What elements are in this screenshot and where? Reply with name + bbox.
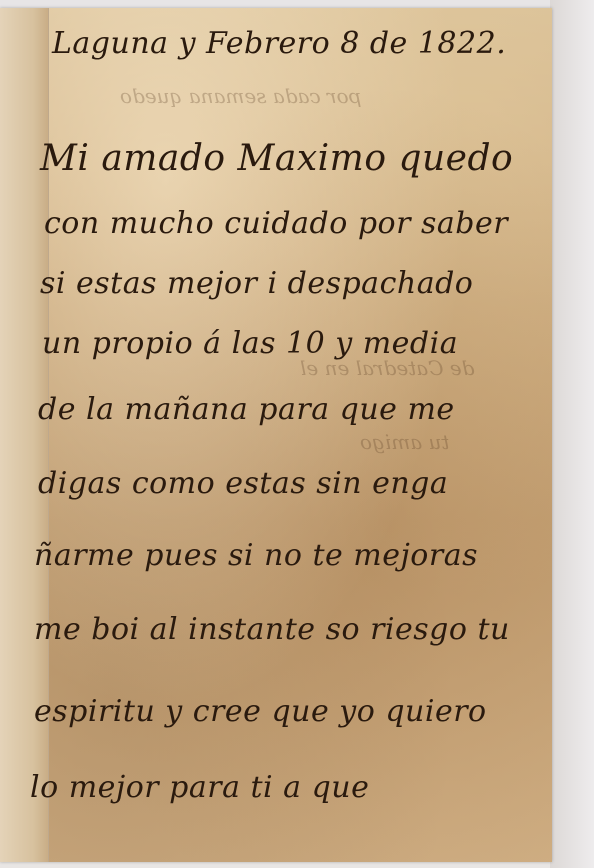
letter-line-6: ñarme pues si no te mejoras [34, 538, 478, 573]
letter-line-3: un propio á las 10 y media [42, 326, 458, 361]
letter-line-1: con mucho cuidado por saber [44, 206, 508, 241]
letter-line-7: me boi al instante so riesgo tu [34, 612, 510, 647]
letter-heading-date: Laguna y Febrero 8 de 1822. [52, 26, 506, 61]
letter-line-9: lo mejor para ti a que [30, 770, 369, 805]
letter-line-8: espiritu y cree que yo quiero [34, 694, 487, 729]
bleed-through-text: por cada semana quedo [120, 84, 361, 108]
bleed-through-text: tu amigo [360, 430, 449, 454]
letter-line-4: de la mañana para que me [38, 392, 455, 427]
letter-paper [0, 8, 552, 862]
letter-line-5: digas como estas sin enga [38, 466, 448, 501]
paper-fold-edge [0, 8, 49, 862]
letter-salutation: Mi amado Maximo quedo [40, 138, 513, 179]
background-top [0, 0, 594, 8]
letter-line-2: si estas mejor i despachado [40, 266, 473, 301]
background-right [550, 0, 594, 868]
